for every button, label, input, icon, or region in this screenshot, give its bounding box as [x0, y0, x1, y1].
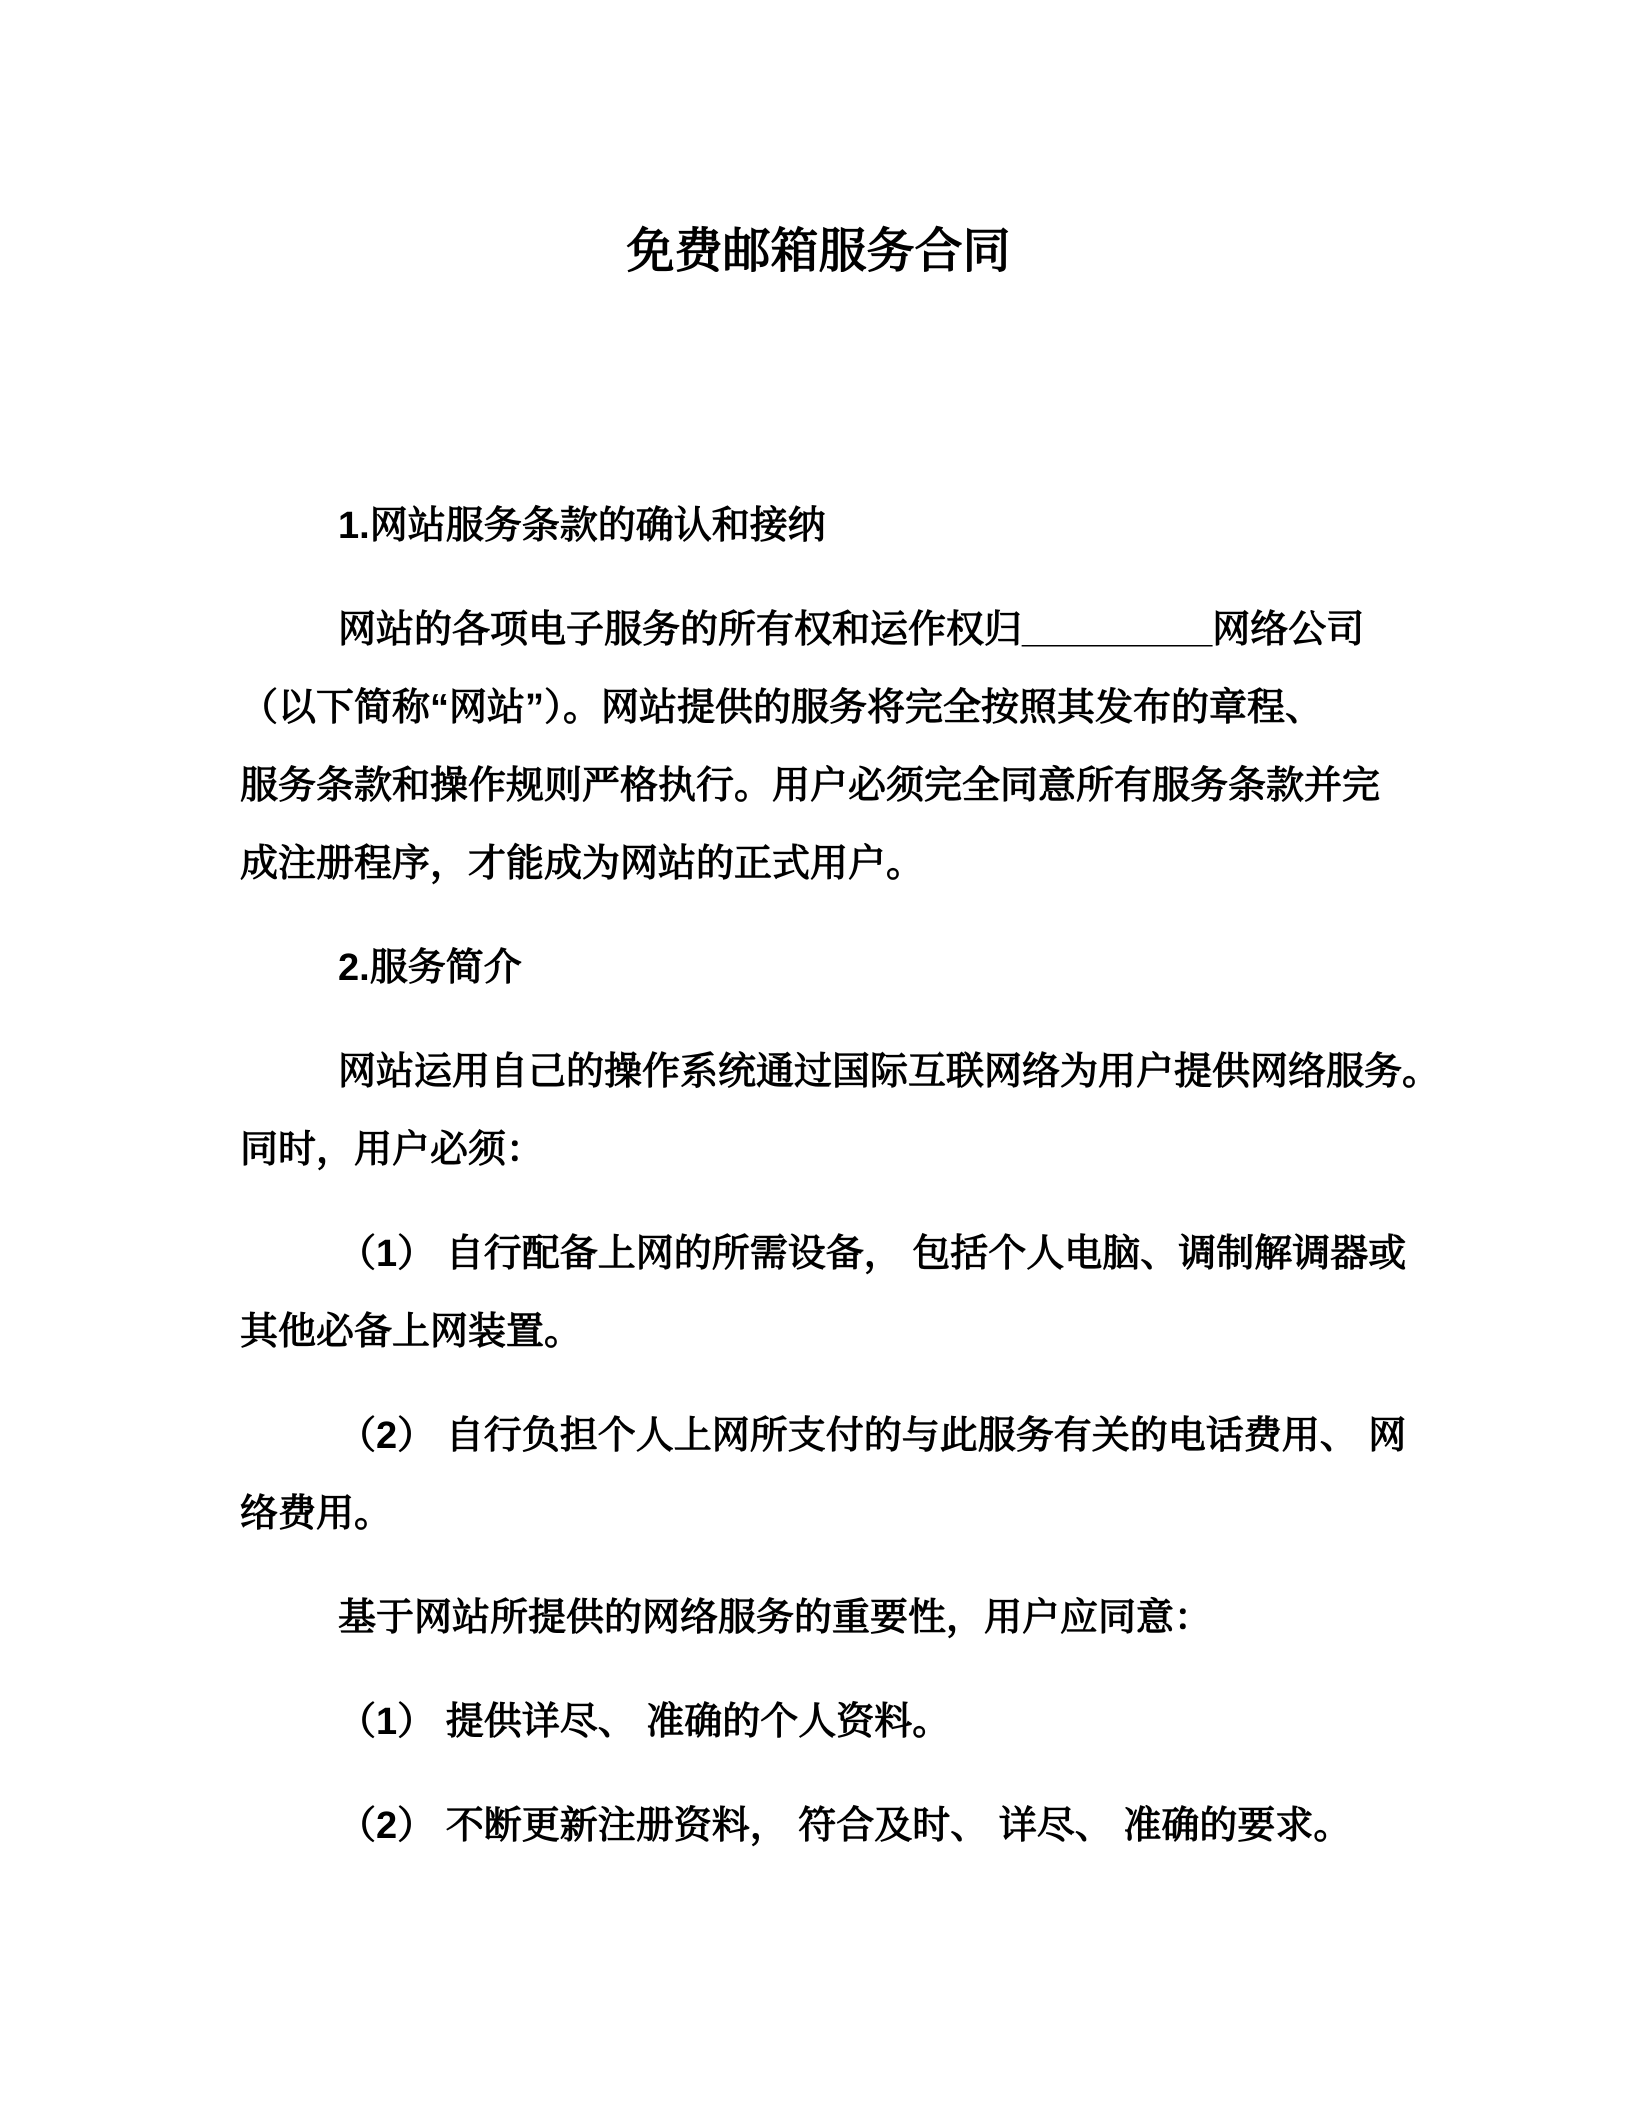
paragraph-line: 网站的各项电子服务的所有权和运作权归_________网络公司 — [240, 591, 1397, 669]
paragraph-line: 基于网站所提供的网络服务的重要性，用户应同意： — [240, 1579, 1397, 1657]
paragraph-line: （以下简称“网站”）。网站提供的服务将完全按照其发布的章程、 — [240, 669, 1397, 747]
list-item-line: （1） 自行配备上网的所需设备， 包括个人电脑、调制解调器或 — [240, 1215, 1397, 1293]
user-agreement-item-2: （2） 不断更新注册资料， 符合及时、 详尽、 准确的要求。 — [240, 1787, 1397, 1865]
list-item-line: 络费用。 — [240, 1475, 1397, 1553]
user-agreement-item-1: （1） 提供详尽、 准确的个人资料。 — [240, 1683, 1397, 1761]
section-2-heading: 2.服务简介 — [240, 929, 1397, 1007]
section-2-intro-paragraph: 网站运用自己的操作系统通过国际互联网络为用户提供网络服务。 同时，用户必须： — [240, 1033, 1397, 1189]
paragraph-line: 服务条款和操作规则严格执行。用户必须完全同意所有服务条款并完 — [240, 747, 1397, 825]
user-agreement-intro-paragraph: 基于网站所提供的网络服务的重要性，用户应同意： — [240, 1579, 1397, 1657]
user-requirement-item-1: （1） 自行配备上网的所需设备， 包括个人电脑、调制解调器或 其他必备上网装置。 — [240, 1215, 1397, 1371]
document-content: 免费邮箱服务合同 1.网站服务条款的确认和接纳 网站的各项电子服务的所有权和运作… — [0, 213, 1632, 1865]
paragraph-line: 成注册程序，才能成为网站的正式用户。 — [240, 825, 1397, 903]
section-2-heading-paragraph: 2.服务简介 — [240, 929, 1397, 1007]
section-1-heading-paragraph: 1.网站服务条款的确认和接纳 — [240, 487, 1397, 565]
list-item-line: （1） 提供详尽、 准确的个人资料。 — [240, 1683, 1397, 1761]
section-1-body-paragraph: 网站的各项电子服务的所有权和运作权归_________网络公司 （以下简称“网站… — [240, 591, 1397, 903]
paragraph-line: 同时，用户必须： — [240, 1111, 1397, 1189]
section-1-heading: 1.网站服务条款的确认和接纳 — [240, 487, 1397, 565]
list-item-line: 其他必备上网装置。 — [240, 1293, 1397, 1371]
list-item-line: （2） 不断更新注册资料， 符合及时、 详尽、 准确的要求。 — [240, 1787, 1397, 1865]
contract-document-page: 免费邮箱服务合同 1.网站服务条款的确认和接纳 网站的各项电子服务的所有权和运作… — [0, 0, 1632, 2112]
list-item-line: （2） 自行负担个人上网所支付的与此服务有关的电话费用、 网 — [240, 1397, 1397, 1475]
paragraph-line: 网站运用自己的操作系统通过国际互联网络为用户提供网络服务。 — [240, 1033, 1397, 1111]
document-title: 免费邮箱服务合同 — [240, 213, 1397, 291]
user-requirement-item-2: （2） 自行负担个人上网所支付的与此服务有关的电话费用、 网 络费用。 — [240, 1397, 1397, 1553]
